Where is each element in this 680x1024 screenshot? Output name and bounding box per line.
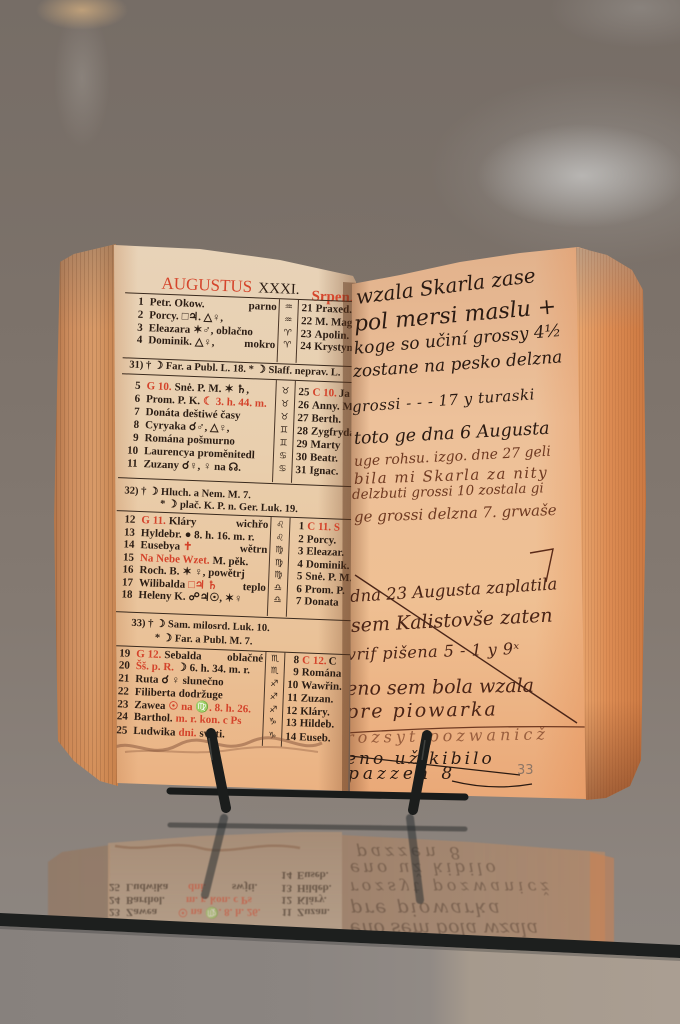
book-display-stand — [0, 0, 680, 1024]
photo-scene: 25 Ludwika dni. swjti. 24 Barthol. m. r.… — [0, 0, 680, 1024]
